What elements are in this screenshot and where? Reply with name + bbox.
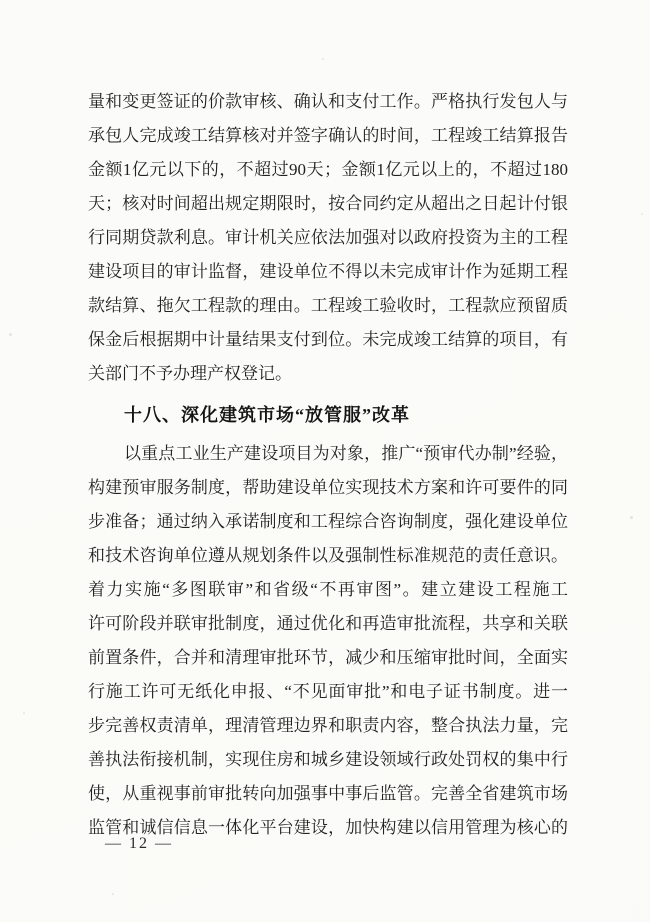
scan-speck [9, 333, 12, 336]
text-line: 以重点工业生产建设项目为对象，推广“预审代办制”经验， [88, 437, 568, 471]
text-line: 天；核对时间超出规定期限时，按合同约定从超出之日起计付银 [88, 187, 568, 221]
text-line: 步完善权责清单，理清管理边界和职责内容，整合执法力量，完 [88, 709, 568, 743]
scan-speck [630, 516, 633, 519]
scan-speck [23, 712, 25, 714]
text-line: 金额1亿元以下的，不超过90天；金额1亿元以上的，不超过180 [88, 153, 568, 187]
text-line: 着力实施“多图联审”和省级“不再审图”。建立建设工程施工 [88, 573, 568, 607]
document-page: 量和变更签证的价款审核、确认和支付工作。严格执行发包人与承包人完成竣工结算核对并… [0, 0, 650, 922]
scan-speck [322, 58, 324, 60]
document-body: 量和变更签证的价款审核、确认和支付工作。严格执行发包人与承包人完成竣工结算核对并… [88, 85, 568, 845]
text-line: 保金后根据期中计量结果支付到位。未完成竣工结算的项目，有 [88, 323, 568, 357]
text-line: 善执法衔接机制，实现住房和城乡建设领域行政处罚权的集中行 [88, 743, 568, 777]
scan-speck [641, 213, 643, 215]
text-line: 承包人完成竣工结算核对并签字确认的时间，工程竣工结算报告 [88, 119, 568, 153]
text-line: 和技术咨询单位遵从规划条件以及强制性标准规范的责任意识。 [88, 539, 568, 573]
text-line: 前置条件，合并和清理审批环节，减少和压缩审批时间，全面实 [88, 641, 568, 675]
page-footer: — 12 — [105, 836, 173, 852]
scan-speck [112, 893, 114, 895]
page-number: — 12 — [105, 835, 173, 852]
text-line: 行施工许可无纸化申报、“不见面审批”和电子证书制度。进一 [88, 675, 568, 709]
paragraph-body: 以重点工业生产建设项目为对象，推广“预审代办制”经验，构建预审服务制度，帮助建设… [88, 437, 568, 845]
text-line: 关部门不予办理产权登记。 [88, 357, 568, 391]
text-line: 步准备；通过纳入承诺制度和工程综合咨询制度，强化建设单位 [88, 505, 568, 539]
text-line: 行同期贷款利息。审计机关应依法加强对以政府投资为主的工程 [88, 221, 568, 255]
text-line: 构建预审服务制度，帮助建设单位实现技术方案和许可要件的同 [88, 471, 568, 505]
text-line: 款结算、拖欠工程款的理由。工程竣工验收时，工程款应预留质 [88, 289, 568, 323]
text-line: 使，从重视事前审批转向加强事中事后监管。完善全省建筑市场 [88, 777, 568, 811]
text-line: 建设项目的审计监督，建设单位不得以未完成审计作为延期工程 [88, 255, 568, 289]
text-line: 量和变更签证的价款审核、确认和支付工作。严格执行发包人与 [88, 85, 568, 119]
section-heading: 十八、深化建筑市场“放管服”改革 [88, 398, 568, 432]
text-line: 许可阶段并联审批制度，通过优化和再造审批流程，共享和关联 [88, 607, 568, 641]
paragraph-continuation: 量和变更签证的价款审核、确认和支付工作。严格执行发包人与承包人完成竣工结算核对并… [88, 85, 568, 391]
